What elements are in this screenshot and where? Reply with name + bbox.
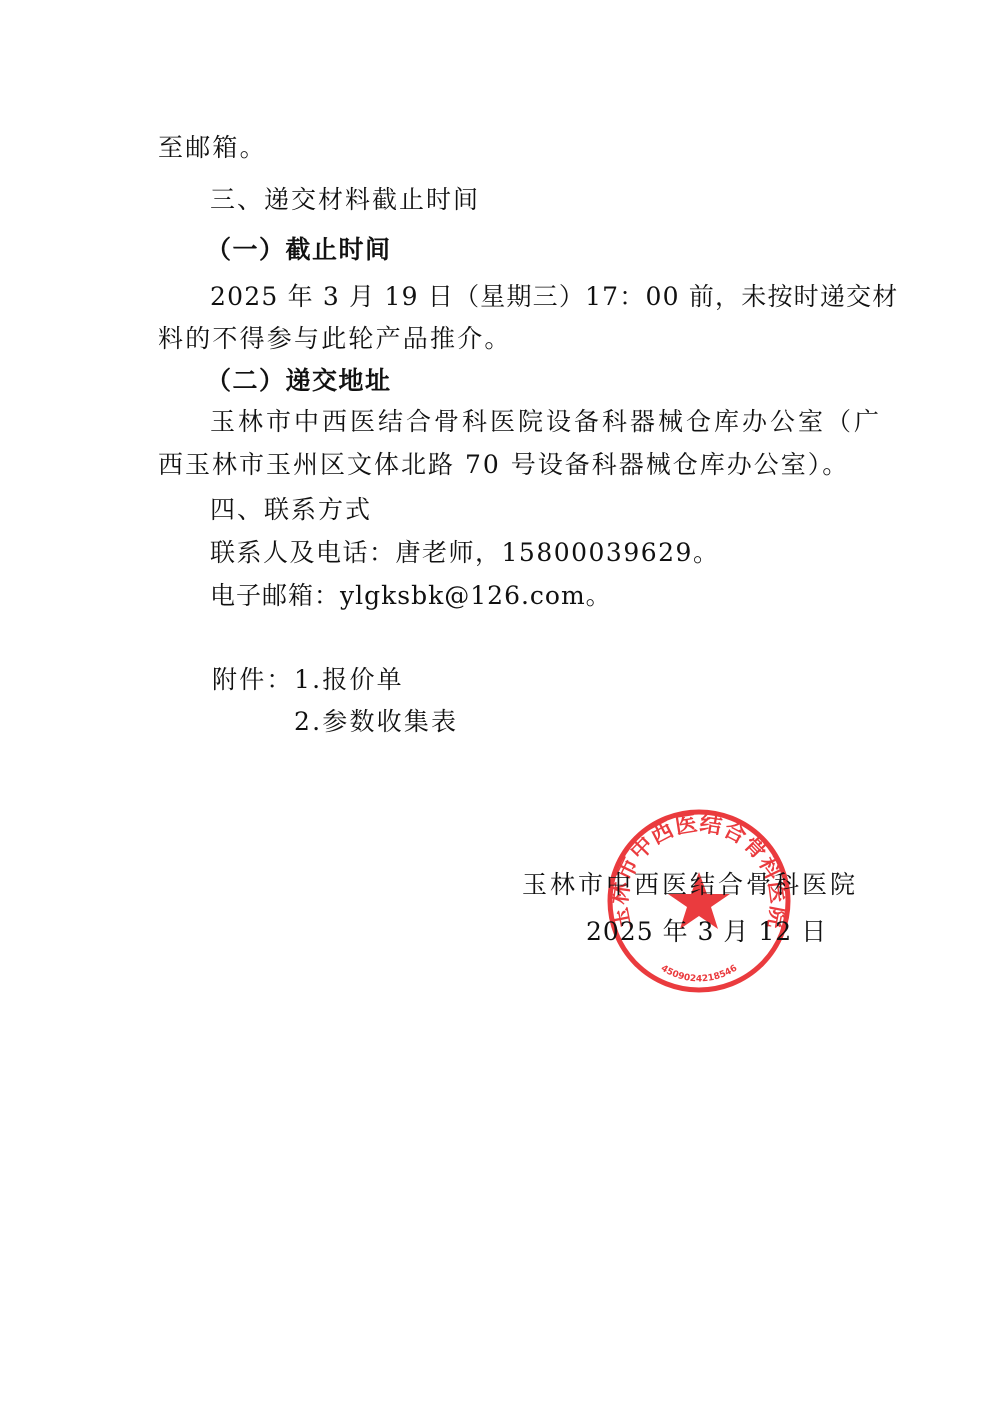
address-line-1: 玉林市中西医结合骨科医院设备科器械仓库办公室（广 <box>210 406 882 438</box>
official-seal: 玉林市中西医结合骨科医院 4509024218546 <box>604 806 794 996</box>
continuation-line: 至邮箱。 <box>158 132 267 164</box>
seal-code: 4509024218546 <box>659 964 739 985</box>
subsection-2-heading: （二）递交地址 <box>206 365 392 397</box>
section-3-heading: 三、递交材料截止时间 <box>210 184 480 216</box>
email-line: 电子邮箱：ylgksbk@126.com。 <box>210 580 612 612</box>
attachment-item: 1.报价单 <box>294 664 404 696</box>
address-line-2: 西玉林市玉州区文体北路 70 号设备科器械仓库办公室）。 <box>158 449 849 481</box>
signature-date: 2025 年 3 月 12 日 <box>586 916 827 948</box>
seal-ring <box>610 812 788 990</box>
deadline-line-2: 料的不得参与此轮产品推介。 <box>158 323 512 355</box>
deadline-line-1: 2025 年 3 月 19 日（星期三）17：00 前，未按时递交材 <box>210 281 898 313</box>
section-4-heading: 四、联系方式 <box>210 494 372 526</box>
attachment-item: 2.参数收集表 <box>294 706 458 738</box>
contact-person-line: 联系人及电话：唐老师，15800039629。 <box>210 537 719 569</box>
subsection-1-heading: （一）截止时间 <box>206 234 392 266</box>
attachments-label: 附件： <box>212 664 294 696</box>
signature-organization: 玉林市中西医结合骨科医院 <box>522 869 858 901</box>
